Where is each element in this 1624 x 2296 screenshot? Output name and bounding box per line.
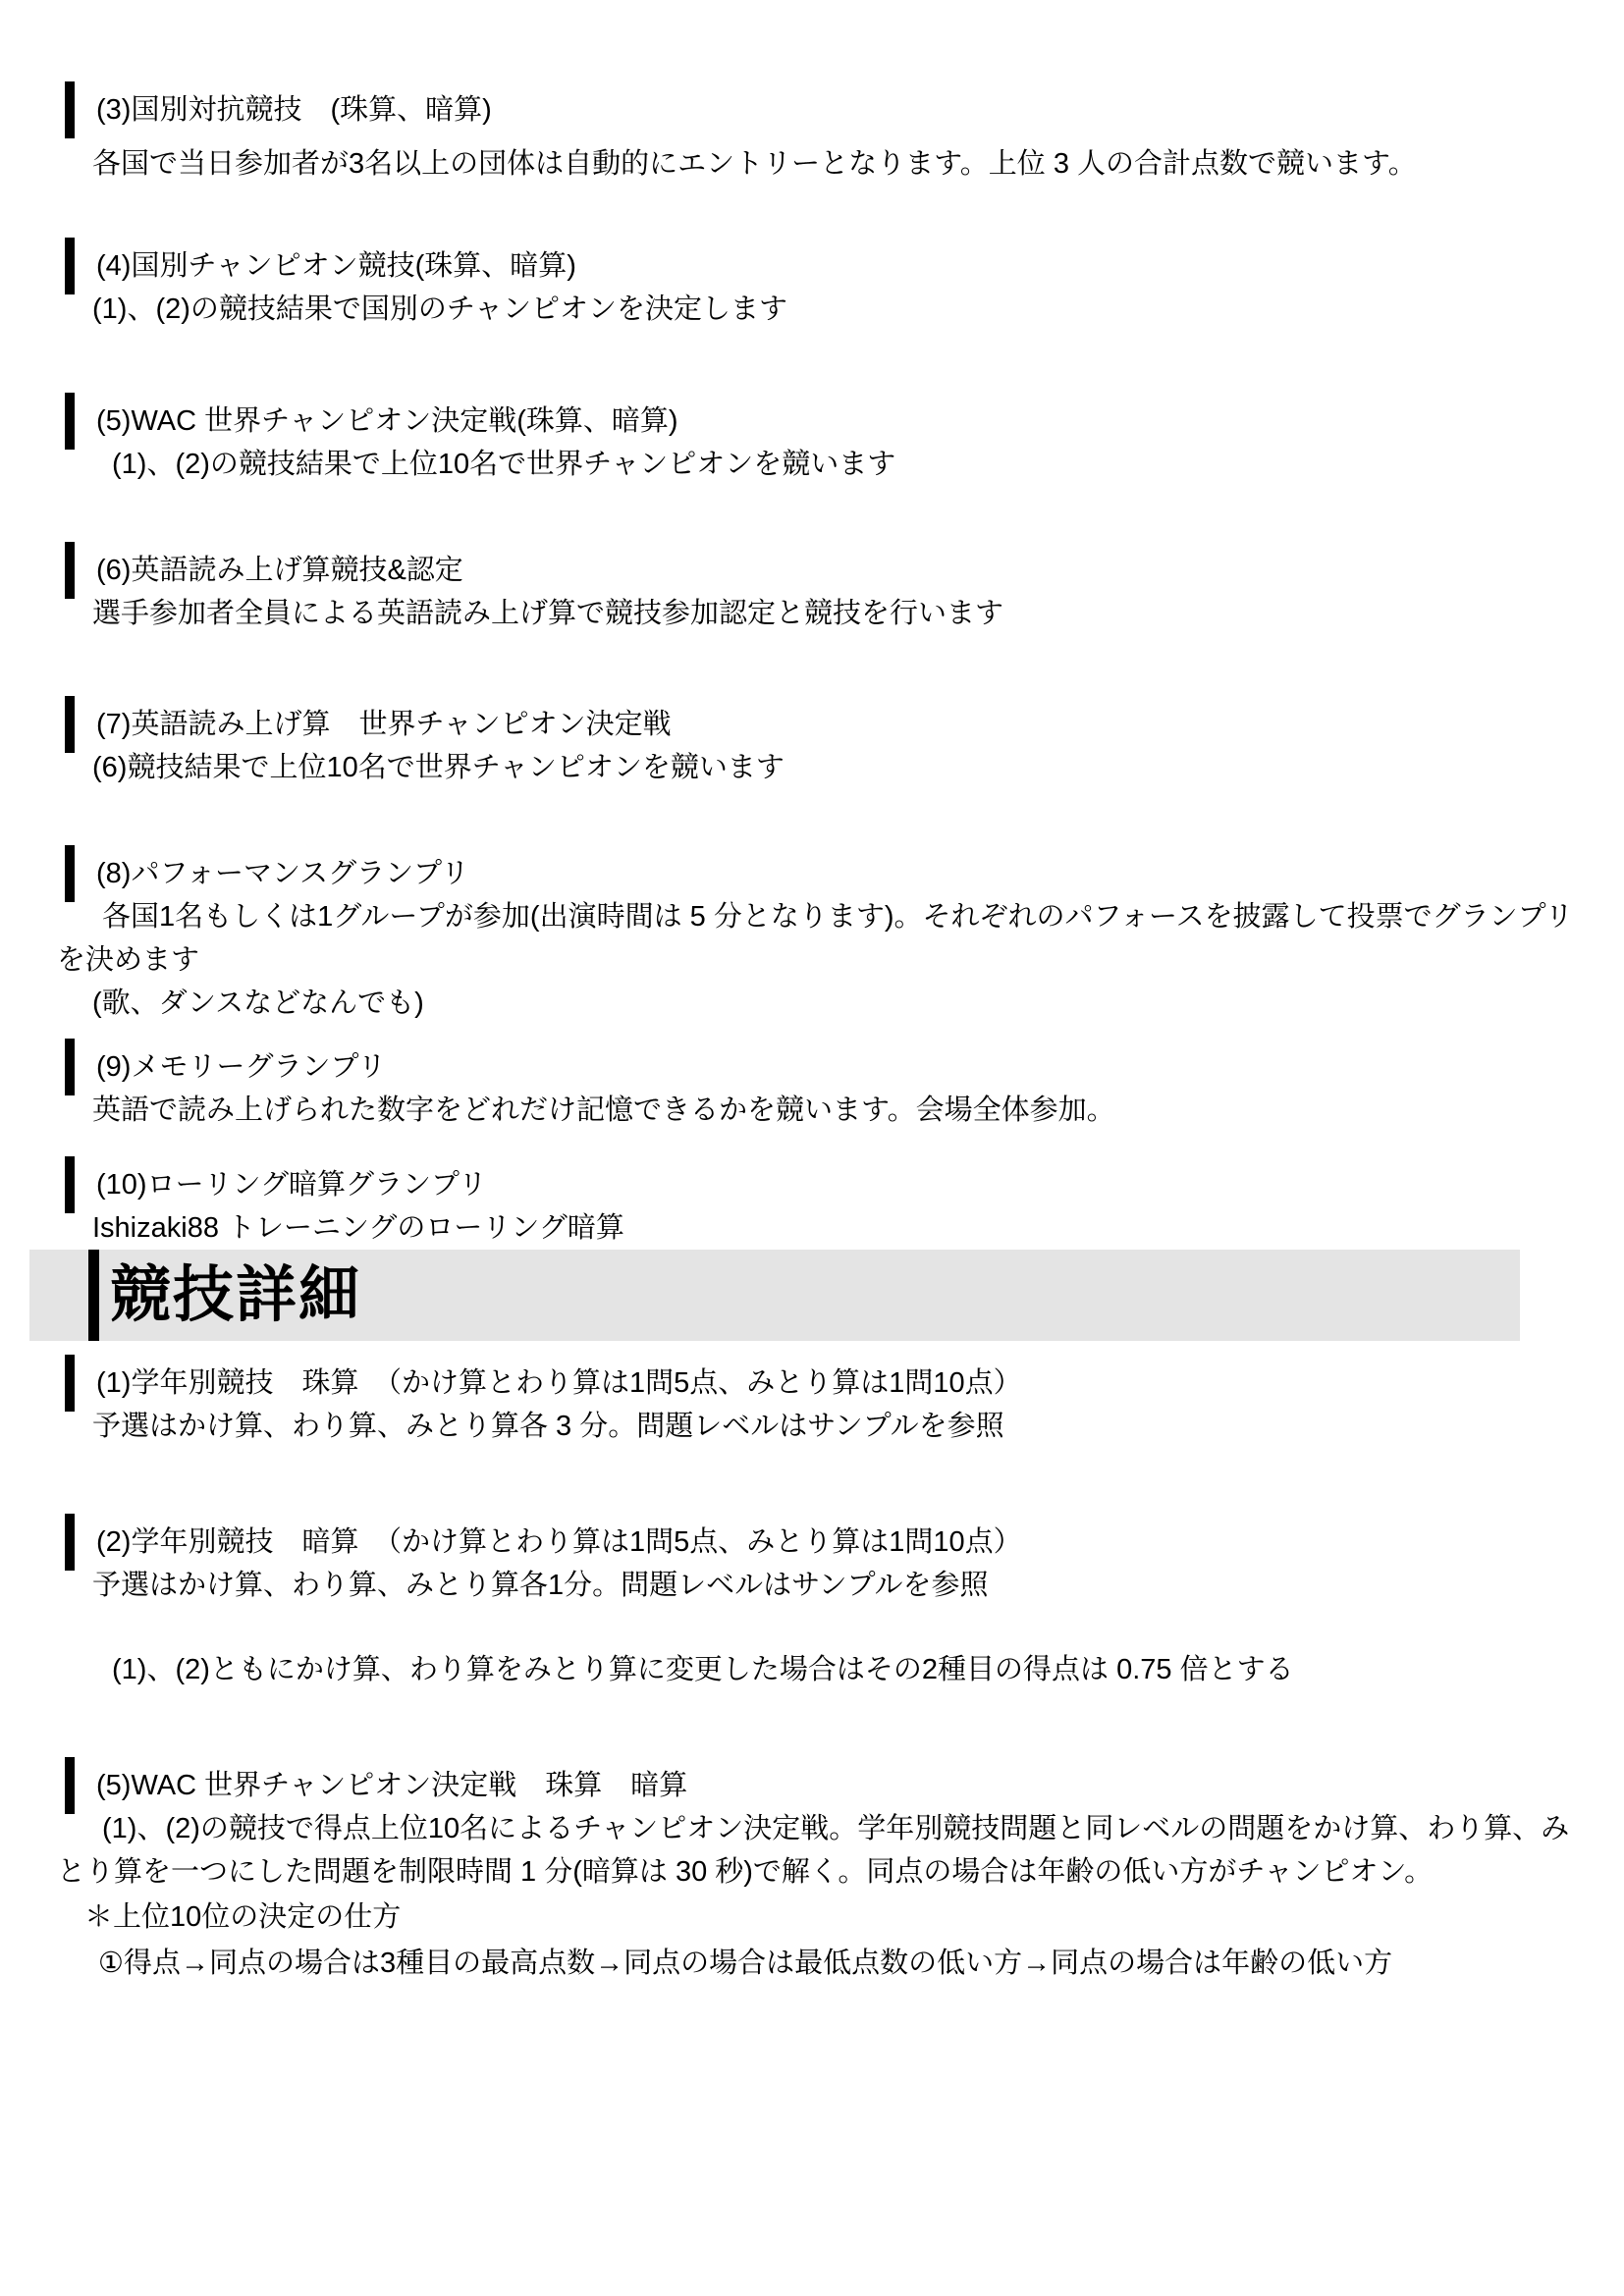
section-10: (10)ローリング暗算グランプリ Ishizaki88 トレーニングのローリング… bbox=[57, 1163, 1575, 1250]
section-8-heading: (8)パフォーマンスグランプリ bbox=[96, 858, 469, 889]
section-7-body: (6)競技結果で上位10名で世界チャンピオンを競います bbox=[57, 746, 1575, 789]
section-marker-bar bbox=[65, 1039, 75, 1095]
ranking-note-item: ①得点→同点の場合は3種目の最高点数→同点の場合は最低点数の低い方→同点の場合は… bbox=[57, 1942, 1575, 1985]
detail-section-5-heading-row: (5)WAC 世界チャンピオン決定戦 珠算 暗算 bbox=[57, 1764, 1575, 1807]
section-marker-bar bbox=[65, 81, 75, 138]
section-10-body: Ishizaki88 トレーニングのローリング暗算 bbox=[57, 1206, 1575, 1250]
section-3-body: 各国で当日参加者が3名以上の団体は自動的にエントリーとなります。上位 3 人の合… bbox=[57, 142, 1575, 186]
detail-section-1-body: 予選はかけ算、わり算、みとり算各 3 分。問題レベルはサンプルを参照 bbox=[57, 1405, 1575, 1448]
section-8-body-note: (歌、ダンスなどなんでも) bbox=[57, 982, 1575, 1025]
detail-section-5-body: (1)、(2)の競技で得点上位10名によるチャンピオン決定戦。学年別競技問題と同… bbox=[57, 1807, 1575, 1894]
detail-section-1-heading-row: (1)学年別競技 珠算 （かけ算とわり算は1問5点、みとり算は1問10点） bbox=[57, 1362, 1575, 1405]
section-4-heading-row: (4)国別チャンピオン競技(珠算、暗算) bbox=[57, 244, 1575, 288]
detail-section-2-body: 予選はかけ算、わり算、みとり算各1分。問題レベルはサンプルを参照 bbox=[57, 1564, 1575, 1607]
section-3-heading-row: (3)国別対抗競技 (珠算、暗算) bbox=[57, 88, 1575, 132]
detail-section-1: (1)学年別競技 珠算 （かけ算とわり算は1問5点、みとり算は1問10点） 予選… bbox=[57, 1362, 1575, 1448]
section-8: (8)パフォーマンスグランプリ 各国1名もしくは1グループが参加(出演時間は 5… bbox=[57, 852, 1575, 1025]
band-marker-bar bbox=[88, 1250, 99, 1341]
detail-section-2-heading-row: (2)学年別競技 暗算 （かけ算とわり算は1問5点、みとり算は1問10点） bbox=[57, 1521, 1575, 1564]
section-7-heading-row: (7)英語読み上げ算 世界チャンピオン決定戦 bbox=[57, 703, 1575, 746]
section-marker-bar bbox=[65, 542, 75, 599]
detail-section-2-heading: (2)学年別競技 暗算 （かけ算とわり算は1問5点、みとり算は1問10点） bbox=[96, 1526, 1022, 1558]
section-9: (9)メモリーグランプリ 英語で読み上げられた数字をどれだけ記憶できるかを競いま… bbox=[57, 1045, 1575, 1132]
section-marker-bar bbox=[65, 1757, 75, 1814]
section-6-heading-row: (6)英語読み上げ算競技&認定 bbox=[57, 549, 1575, 592]
detail-section-5: (5)WAC 世界チャンピオン決定戦 珠算 暗算 (1)、(2)の競技で得点上位… bbox=[57, 1764, 1575, 1985]
document-page: (3)国別対抗競技 (珠算、暗算) 各国で当日参加者が3名以上の団体は自動的にエ… bbox=[0, 0, 1624, 2296]
tie-rule-note: (1)、(2)ともにかけ算、わり算をみとり算に変更した場合はその2種目の得点は … bbox=[57, 1648, 1575, 1691]
section-10-heading: (10)ローリング暗算グランプリ bbox=[96, 1169, 487, 1201]
section-7-heading: (7)英語読み上げ算 世界チャンピオン決定戦 bbox=[96, 709, 672, 740]
section-7: (7)英語読み上げ算 世界チャンピオン決定戦 (6)競技結果で上位10名で世界チ… bbox=[57, 703, 1575, 789]
section-4-body: (1)、(2)の競技結果で国別のチャンピオンを決定します bbox=[57, 288, 1575, 331]
ranking-note-title: ＊上位10位の決定の仕方 bbox=[57, 1896, 1575, 1939]
section-5-heading-row: (5)WAC 世界チャンピオン決定戦(珠算、暗算) bbox=[57, 400, 1575, 443]
section-5-heading: (5)WAC 世界チャンピオン決定戦(珠算、暗算) bbox=[96, 405, 678, 437]
section-3-heading: (3)国別対抗競技 (珠算、暗算) bbox=[96, 94, 492, 126]
section-4: (4)国別チャンピオン競技(珠算、暗算) (1)、(2)の競技結果で国別のチャン… bbox=[57, 244, 1575, 331]
section-9-heading-row: (9)メモリーグランプリ bbox=[57, 1045, 1575, 1089]
section-marker-bar bbox=[65, 1514, 75, 1571]
detail-section-5-heading: (5)WAC 世界チャンピオン決定戦 珠算 暗算 bbox=[96, 1770, 687, 1801]
section-6: (6)英語読み上げ算競技&認定 選手参加者全員による英語読み上げ算で競技参加認定… bbox=[57, 549, 1575, 635]
detail-heading-title: 競技詳細 bbox=[110, 1250, 361, 1341]
section-6-body: 選手参加者全員による英語読み上げ算で競技参加認定と競技を行います bbox=[57, 592, 1575, 635]
section-marker-bar bbox=[65, 1156, 75, 1213]
section-5-body: (1)、(2)の競技結果で上位10名で世界チャンピオンを競います bbox=[57, 443, 1575, 486]
section-5: (5)WAC 世界チャンピオン決定戦(珠算、暗算) (1)、(2)の競技結果で上… bbox=[57, 400, 1575, 486]
detail-heading-band: 競技詳細 bbox=[29, 1250, 1520, 1341]
section-9-heading: (9)メモリーグランプリ bbox=[96, 1051, 386, 1083]
section-marker-bar bbox=[65, 1355, 75, 1412]
detail-section-2: (2)学年別競技 暗算 （かけ算とわり算は1問5点、みとり算は1問10点） 予選… bbox=[57, 1521, 1575, 1607]
section-8-heading-row: (8)パフォーマンスグランプリ bbox=[57, 852, 1575, 895]
section-6-heading: (6)英語読み上げ算競技&認定 bbox=[96, 555, 463, 586]
section-9-body: 英語で読み上げられた数字をどれだけ記憶できるかを競います。会場全体参加。 bbox=[57, 1089, 1575, 1132]
section-4-heading: (4)国別チャンピオン競技(珠算、暗算) bbox=[96, 250, 576, 282]
section-marker-bar bbox=[65, 696, 75, 753]
section-3: (3)国別対抗競技 (珠算、暗算) 各国で当日参加者が3名以上の団体は自動的にエ… bbox=[57, 88, 1575, 186]
section-marker-bar bbox=[65, 845, 75, 902]
section-8-body: 各国1名もしくは1グループが参加(出演時間は 5 分となります)。それぞれのパフ… bbox=[57, 895, 1575, 982]
section-marker-bar bbox=[65, 393, 75, 450]
section-10-heading-row: (10)ローリング暗算グランプリ bbox=[57, 1163, 1575, 1206]
section-marker-bar bbox=[65, 238, 75, 294]
detail-section-1-heading: (1)学年別競技 珠算 （かけ算とわり算は1問5点、みとり算は1問10点） bbox=[96, 1367, 1022, 1399]
